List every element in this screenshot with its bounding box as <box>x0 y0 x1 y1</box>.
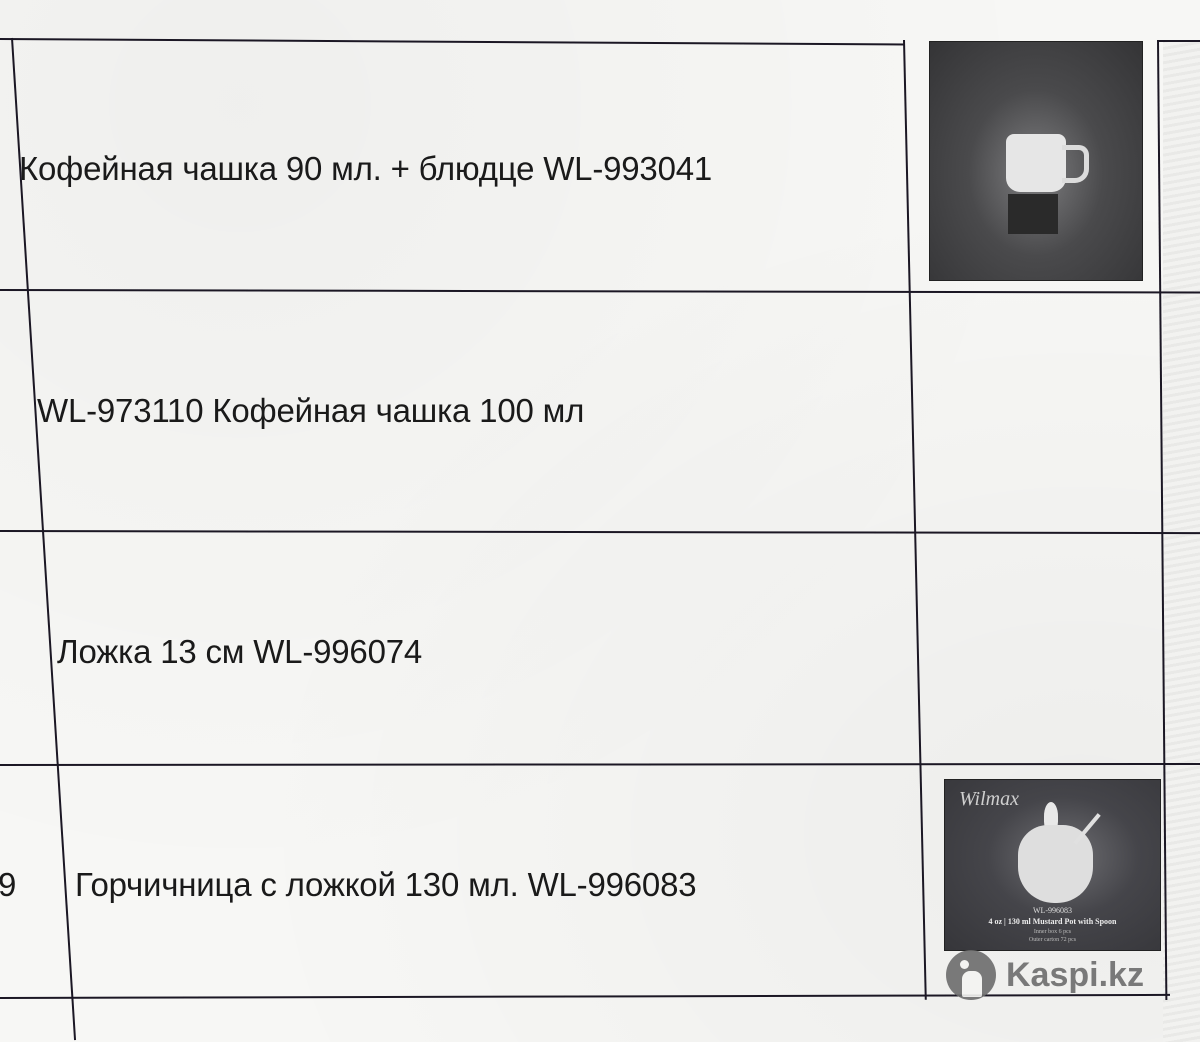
mustard-pot-photo: Wilmax WL-996083 4 oz | 130 ml Mustard P… <box>944 779 1161 951</box>
kaspi-watermark: Kaspi.kz <box>946 950 1144 1000</box>
col-divider-description <box>903 40 927 1000</box>
watermark-text: Kaspi.kz <box>1006 956 1144 995</box>
row-2-description: WL-973110 Кофейная чашка 100 мл <box>37 392 584 430</box>
row-4-description: Горчичница с ложкой 130 мл. WL-996083 <box>75 866 696 904</box>
row-divider-1 <box>0 289 1200 294</box>
caption-inner-box: Inner box 6 pcs <box>945 929 1160 935</box>
adjacent-column-edge <box>1163 40 1200 1042</box>
caption-title: 4 oz | 130 ml Mustard Pot with Spoon <box>945 917 1160 926</box>
row-divider-2 <box>0 530 1200 534</box>
table-border-top <box>0 38 905 46</box>
kaspi-logo-icon <box>946 950 996 1000</box>
row-4-number: 9 <box>0 866 16 904</box>
caption-code: WL-996083 <box>945 906 1160 915</box>
document-page: Кофейная чашка 90 мл. + блюдце WL-993041… <box>0 0 1200 1042</box>
table-border-top-right <box>1158 40 1200 42</box>
cup-handle-icon <box>1062 145 1089 183</box>
cup-shadow <box>1008 194 1058 234</box>
row-1-description: Кофейная чашка 90 мл. + блюдце WL-993041 <box>19 150 712 188</box>
brand-logo: Wilmax <box>959 788 1019 811</box>
caption-outer-carton: Outer carton 72 pcs <box>945 937 1160 943</box>
col-divider-number <box>11 38 76 1040</box>
row-divider-3 <box>0 763 1200 766</box>
cup-icon <box>1006 134 1066 192</box>
row-3-description: Ложка 13 см WL-996074 <box>57 633 422 671</box>
coffee-cup-photo <box>929 41 1143 281</box>
